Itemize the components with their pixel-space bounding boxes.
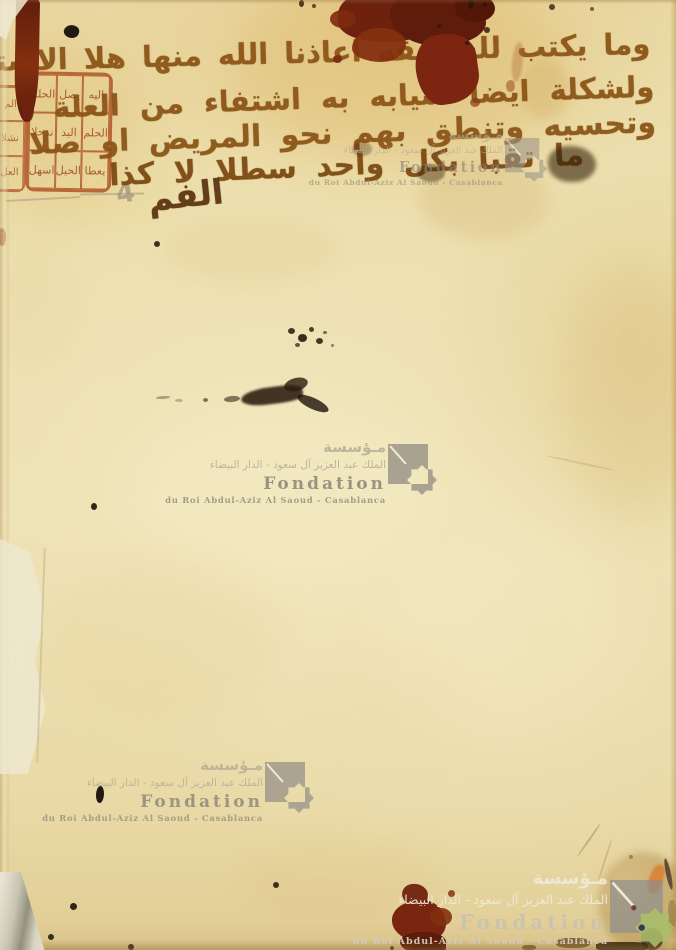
- ink-speck: [323, 331, 327, 334]
- paper-crease-left: [36, 548, 46, 763]
- foundation-logo: [610, 880, 676, 950]
- foundation-logo: [265, 762, 321, 818]
- ink-speck: [203, 398, 208, 402]
- ink-speck: [309, 327, 314, 332]
- watermark-foundation-top: مـؤسسة الملك عبد العزيز آل سعود - الدار …: [243, 128, 503, 187]
- logo-dot-navy: [639, 924, 645, 930]
- ink-speck: [288, 328, 295, 334]
- ink-speck: [240, 383, 304, 407]
- ink-speck: [549, 4, 555, 10]
- watermark-title-ar: مـؤسسة: [86, 438, 386, 456]
- watermark-name-fr: Fondation: [0, 792, 263, 812]
- paper-discoloration: [300, 640, 480, 760]
- watermark-title-ar: مـؤسسة: [0, 756, 263, 774]
- watermark-name-fr: Fondation: [288, 910, 608, 934]
- watermark-subtitle-fr: du Roi Abdul-Aziz Al Saoud - Casablanca: [288, 936, 608, 947]
- red-stain: [330, 10, 356, 28]
- watermark-org-ar: الملك عبد العزيز آل سعود - الدار البيضاء: [0, 777, 263, 789]
- handwritten-line-1: وما يكتب للشقيقه اعاذنا الله منها هلا ال…: [0, 27, 650, 80]
- ink-speck: [70, 903, 77, 910]
- ink-speck: [298, 334, 307, 342]
- ink-speck: [312, 4, 316, 8]
- watermark-title-ar: مـؤسسة: [288, 868, 608, 889]
- manuscript-page: 4 اليه يصل الحلم الحلم اليد ندحلا يعطا ا…: [0, 0, 676, 950]
- torn-corner-top-left: [0, 0, 28, 40]
- torn-corner-bottom-left: [0, 872, 46, 950]
- watermark-org-ar: الملك عبد العزيز آل سعود - الدار البيضاء: [243, 145, 503, 156]
- ink-speck: [175, 399, 183, 402]
- ink-speck: [437, 24, 442, 28]
- paper-discoloration: [380, 540, 640, 740]
- foundation-logo: [505, 138, 553, 186]
- watermark-foundation-lower: مـؤسسة الملك عبد العزيز آل سعود - الدار …: [0, 756, 263, 824]
- watermark-org-ar: الملك عبد العزيز آل سعود - الدار البيضاء: [86, 459, 386, 471]
- paper-crease: [546, 455, 615, 472]
- watermark-org-ar: الملك عبد العزيز آل سعود - الدار البيضاء: [288, 892, 608, 907]
- watermark-foundation-bottom-right: مـؤسسة الملك عبد العزيز آل سعود - الدار …: [288, 868, 608, 947]
- ink-speck: [283, 375, 310, 394]
- watermark-name-fr: Fondation: [243, 159, 503, 176]
- logo-dot-purple: [631, 905, 636, 910]
- watermark-foundation-middle: مـؤسسة الملك عبد العزيز آل سعود - الدار …: [86, 438, 386, 506]
- ink-speck: [62, 23, 81, 40]
- paper-discoloration: [40, 560, 280, 720]
- page-right-edge: [670, 0, 676, 950]
- page-top-edge: [0, 0, 676, 4]
- ink-speck: [590, 7, 594, 11]
- watermark-subtitle-fr: du Roi Abdul-Aziz Al Saoud - Casablanca: [0, 814, 263, 824]
- watermark-name-fr: Fondation: [86, 474, 386, 494]
- handwritten-line-5: الفم: [146, 172, 225, 220]
- paper-discoloration: [0, 250, 80, 370]
- ink-speck: [224, 395, 240, 402]
- ink-speck: [295, 343, 300, 347]
- watermark-subtitle-fr: du Roi Abdul-Aziz Al Saoud - Casablanca: [86, 496, 386, 506]
- pencil-scribble-line: [6, 196, 80, 202]
- foundation-logo: [388, 444, 444, 500]
- ink-speck: [629, 855, 633, 859]
- paper-discoloration: [160, 215, 340, 285]
- watermark-subtitle-fr: du Roi Abdul-Aziz Al Saoud - Casablanca: [243, 178, 503, 187]
- ink-speck: [273, 882, 279, 888]
- ink-speck: [331, 344, 334, 347]
- ink-speck: [295, 391, 330, 415]
- paper-discoloration: [560, 260, 676, 520]
- ink-speck: [316, 338, 323, 344]
- watermark-title-ar: مـؤسسة: [243, 128, 503, 143]
- ink-speck: [154, 241, 160, 247]
- ink-speck: [156, 396, 170, 400]
- paper-crease: [577, 823, 602, 857]
